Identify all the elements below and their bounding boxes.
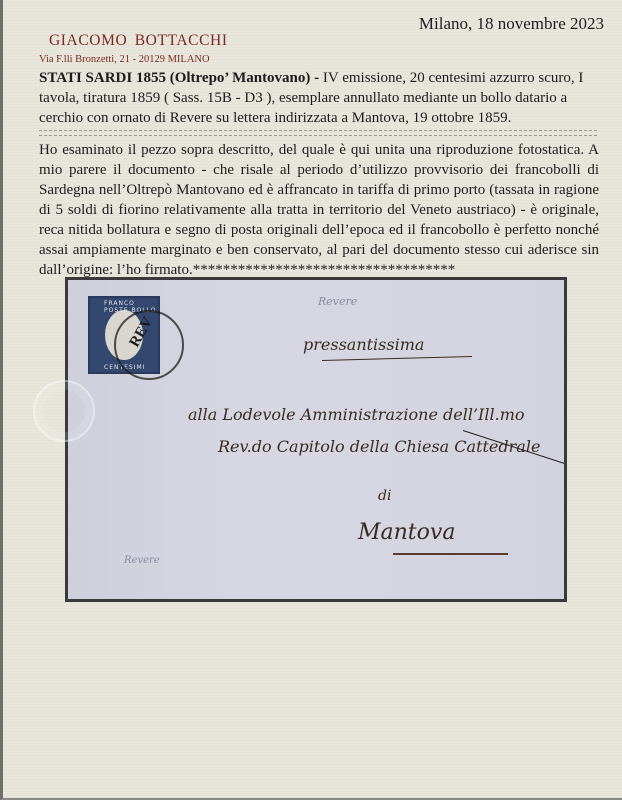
handwriting-di: di (378, 488, 391, 504)
certificate-text: Ho esaminato il pezzo sopra descritto, d… (39, 140, 599, 280)
pencil-note: Revere (318, 295, 357, 308)
handwriting-address-1: alla Lodevole Amministrazione dell’Ill.m… (188, 405, 525, 424)
firm-name: GIACOMO BOTTACCHI (49, 32, 228, 50)
firm-address: Via F.lli Bronzetti, 21 - 20129 MILANO (39, 54, 210, 65)
letter-photo: Revere FRANCO POSTE BOLLO CENTESIMI REV … (65, 277, 567, 602)
certificate-date: Milano, 18 novembre 2023 (419, 14, 604, 34)
item-description: STATI SARDI 1855 (Oltrepo’ Mantovano) - … (39, 68, 599, 128)
handwriting-city: Mantova (358, 520, 455, 545)
underline (393, 553, 508, 555)
certificate-page: Milano, 18 novembre 2023 GIACOMO BOTTACC… (0, 0, 622, 800)
handwriting-urgent: pressantissima (303, 335, 424, 354)
embossed-seal-icon (33, 380, 95, 442)
item-title: STATI SARDI 1855 (Oltrepo’ Mantovano) - (39, 70, 319, 86)
pencil-note: Revere (124, 555, 160, 566)
section-divider (39, 130, 597, 136)
underline (322, 356, 472, 361)
